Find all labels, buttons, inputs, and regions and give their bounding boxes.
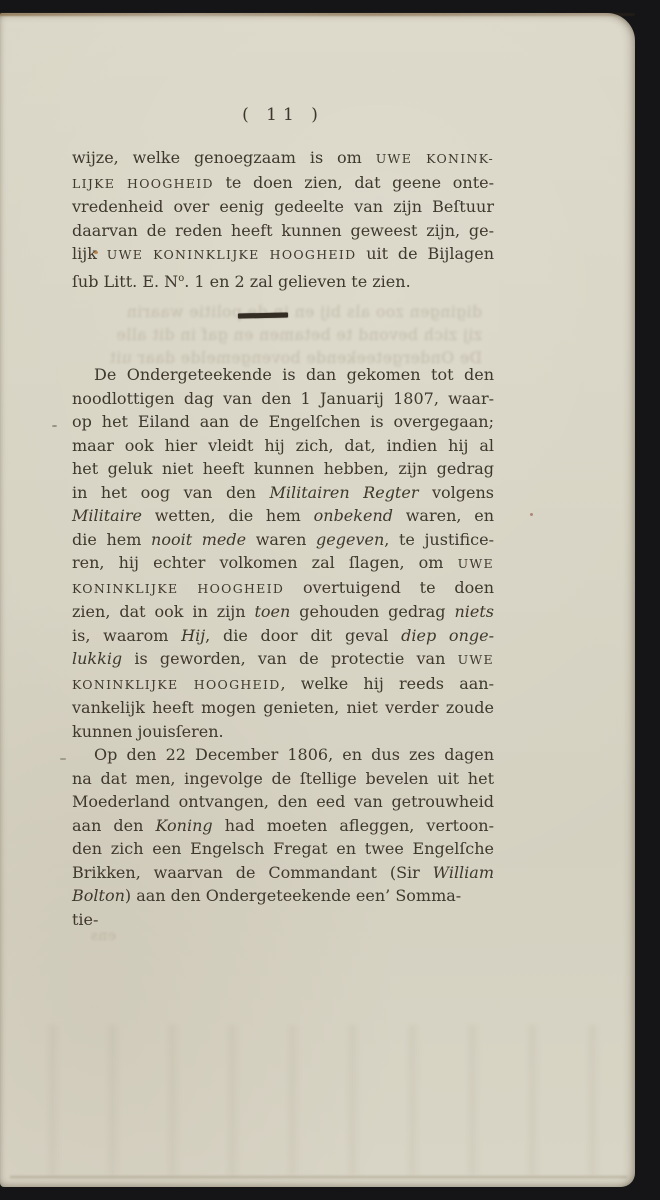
text-line: die hem nooit mede waren gegeven, te jus… [72, 528, 494, 552]
text-line: daarvan de reden heeft kunnen geweest zi… [72, 219, 494, 243]
text-line: Militaire wetten, die hem onbekend waren… [72, 504, 494, 528]
text-line: in het oog van den Militairen Regter vol… [72, 481, 494, 505]
paper-speck [52, 425, 57, 427]
paper-crease-texture [0, 1025, 635, 1175]
text-line: den zich een Engelsch Fregat en twee Eng… [72, 837, 494, 861]
page-number: ( 11 ) [72, 105, 494, 125]
text-line: lijk UWE KONINKLIJKE HOOGHEID uit de Bij… [72, 242, 494, 267]
text-line: KONINKLIJKE HOOGHEID overtuigend te doen [72, 576, 494, 601]
text-line: De Ondergeteekende is dan gekomen tot de… [72, 363, 494, 387]
text-line: aan den Koning had moeten afleggen, vert… [72, 814, 494, 838]
text-line: ren, hij echter volkomen zal ſlagen, om … [72, 551, 494, 576]
text-line: maar ook hier vleidt hij zich, dat, indi… [72, 434, 494, 458]
book-page: ( 11 ) digingen zoo als bij en in de pol… [0, 13, 635, 1187]
catchword: tie- [72, 908, 494, 932]
text-line: wijze, welke genoegzaam is om UWE KONINK… [72, 146, 494, 171]
text-line: vredenheid over eenig gedeelte van zijn … [72, 195, 494, 219]
text-line: vankelijk heeft mogen genieten, niet ver… [72, 696, 494, 720]
text-line: Bolton) aan den Ondergeteekende een’ Som… [72, 884, 494, 908]
text-line: lukkig is geworden, van de protectie van… [72, 647, 494, 672]
text-line: kunnen jouisſeren. [72, 720, 494, 744]
paragraph: wijze, welke genoegzaam is om UWE KONINK… [72, 146, 494, 293]
text-line: het geluk niet heeft kunnen hebben, zijn… [72, 457, 494, 481]
paper-speck [60, 758, 66, 760]
text-line: Moederland ontvangen, den eed van getrou… [72, 790, 494, 814]
text-line: na dat men, ingevolge de ſtellige bevele… [72, 767, 494, 791]
section-divider [238, 312, 288, 318]
text-line: noodlottigen dag van den 1 Januarij 1807… [72, 387, 494, 411]
text-line: KONINKLIJKE HOOGHEID, welke hij reeds aa… [72, 672, 494, 697]
text-line: is, waarom Hij, die door dit geval diep … [72, 624, 494, 648]
text-line: op het Eiland aan de Engelſchen is overg… [72, 410, 494, 434]
body-text: wijze, welke genoegzaam is om UWE KONINK… [72, 146, 494, 931]
scanned-book-photo: ( 11 ) digingen zoo als bij en in de pol… [0, 0, 660, 1200]
text-line: ſub Litt. E. No. 1 en 2 zal gelieven te … [72, 267, 494, 294]
text-line: LIJKE HOOGHEID te doen zien, dat geene o… [72, 171, 494, 196]
paper-speck [530, 513, 533, 516]
text-line: Brikken, waarvan de Commandant (Sir Will… [72, 861, 494, 885]
paragraph: Op den 22 December 1806, en dus zes dage… [72, 743, 494, 908]
paragraph: De Ondergeteekende is dan gekomen tot de… [72, 363, 494, 743]
text-line: Op den 22 December 1806, en dus zes dage… [72, 743, 494, 767]
paper-speck [94, 251, 98, 254]
text-line: zien, dat ook in zijn toen gehouden gedr… [72, 600, 494, 624]
